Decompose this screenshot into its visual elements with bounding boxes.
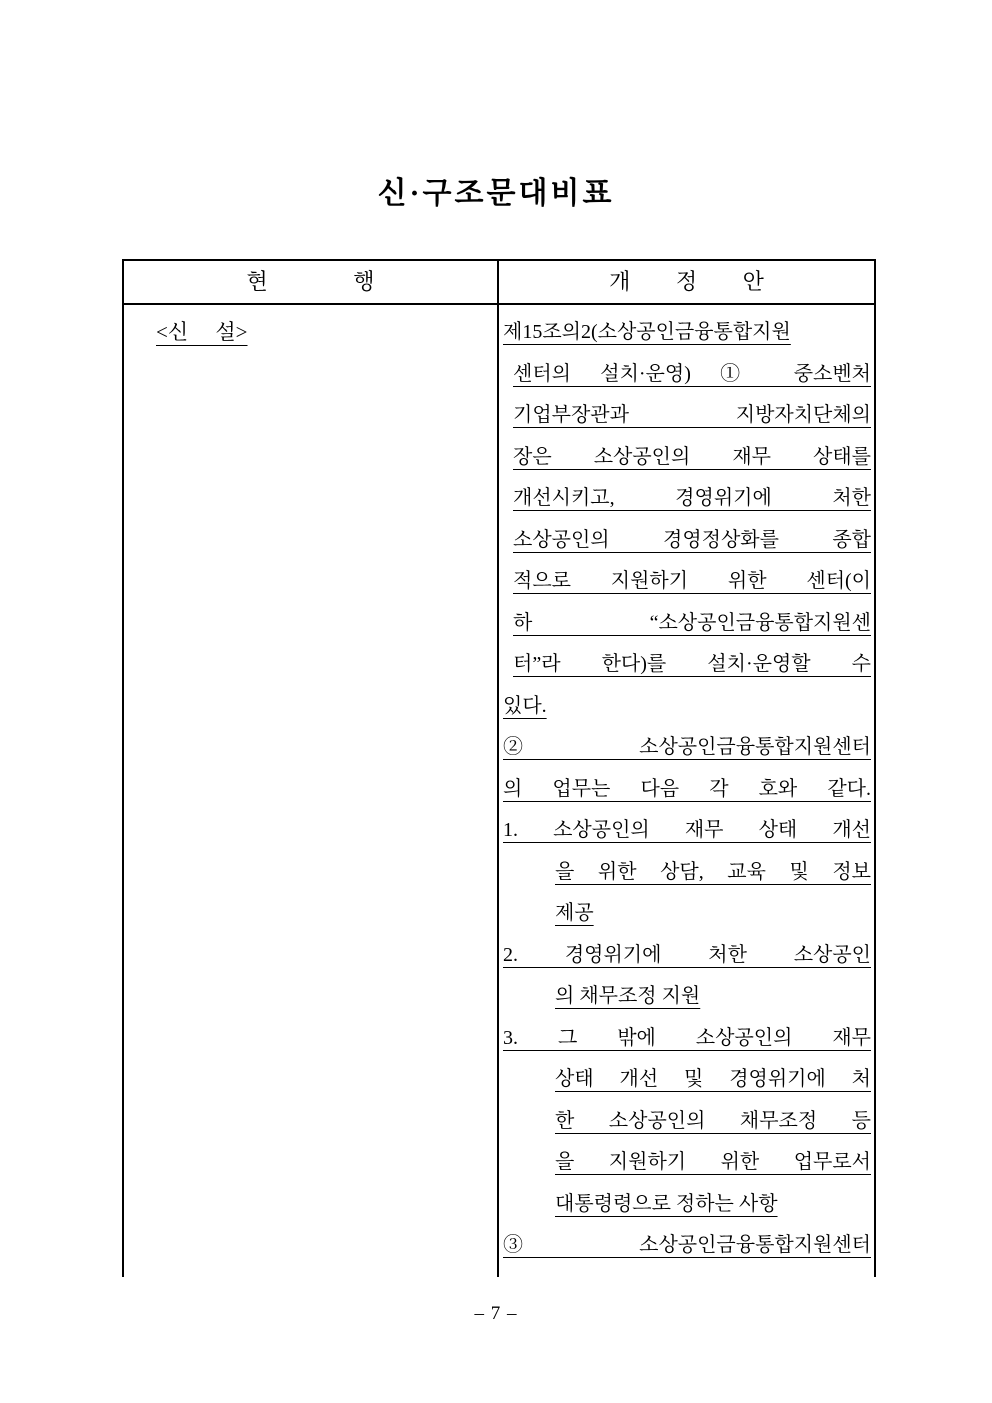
comparison-table: 현 행 개 정 안 <신 설> 제15조의2(소상공인금융통합지원센터의 설치·… (122, 259, 876, 1277)
table-header-row: 현 행 개 정 안 (124, 261, 874, 305)
provision-line: 을 위한 상담, 교육 및 정보 (503, 852, 871, 894)
provision-line: 소상공인의 경영정상화를 종합 (503, 520, 871, 562)
provision-line: 있다. (503, 686, 871, 728)
provision-line: 기업부장관과 지방자치단체의 (503, 395, 871, 437)
provision-line: 개선시키고, 경영위기에 처한 (503, 478, 871, 520)
provision-line: 상태 개선 및 경영위기에 처 (503, 1059, 871, 1101)
provision-line: 대통령령으로 정하는 사항 (503, 1184, 871, 1226)
document-page: 신·구조문대비표 현 행 개 정 안 <신 설> 제15조의2(소상공인금융통합… (0, 0, 992, 1403)
page-number: – 7 – (0, 1303, 992, 1325)
provision-line: 을 지원하기 위한 업무로서 (503, 1142, 871, 1184)
provision-line: 한 소상공인의 채무조정 등 (503, 1101, 871, 1143)
document-title: 신·구조문대비표 (0, 168, 992, 212)
revised-cell-lines: 제15조의2(소상공인금융통합지원센터의 설치·운영) ① 중소벤처기업부장관과… (503, 312, 871, 1267)
provision-line: 제공 (503, 893, 871, 935)
provision-line: 3. 그 밖에 소상공인의 재무 (503, 1018, 871, 1060)
column-header-current: 현 행 (124, 261, 499, 303)
provision-line: 2. 경영위기에 처한 소상공인 (503, 935, 871, 977)
new-provision-marker: <신 설> (156, 312, 248, 354)
revised-provision-cell: 제15조의2(소상공인금융통합지원센터의 설치·운영) ① 중소벤처기업부장관과… (499, 305, 874, 1277)
provision-line: 터”라 한다)를 설치·운영할 수 (503, 644, 871, 686)
table-body-row: <신 설> 제15조의2(소상공인금융통합지원센터의 설치·운영) ① 중소벤처… (124, 305, 874, 1277)
provision-line: 적으로 지원하기 위한 센터(이 (503, 561, 871, 603)
provision-line: 의 채무조정 지원 (503, 976, 871, 1018)
column-header-revised: 개 정 안 (499, 261, 874, 303)
provision-line: 장은 소상공인의 재무 상태를 (503, 437, 871, 479)
provision-line: 센터의 설치·운영) ① 중소벤처 (503, 354, 871, 396)
provision-line: 하 “소상공인금융통합지원센 (503, 603, 871, 645)
current-provision-cell: <신 설> (124, 305, 499, 1277)
provision-line: ③ 소상공인금융통합지원센터 (503, 1225, 871, 1267)
provision-line: 1. 소상공인의 재무 상태 개선 (503, 810, 871, 852)
provision-line: 의 업무는 다음 각 호와 같다. (503, 769, 871, 811)
provision-line: 제15조의2(소상공인금융통합지원 (503, 312, 871, 354)
provision-line: ② 소상공인금융통합지원센터 (503, 727, 871, 769)
